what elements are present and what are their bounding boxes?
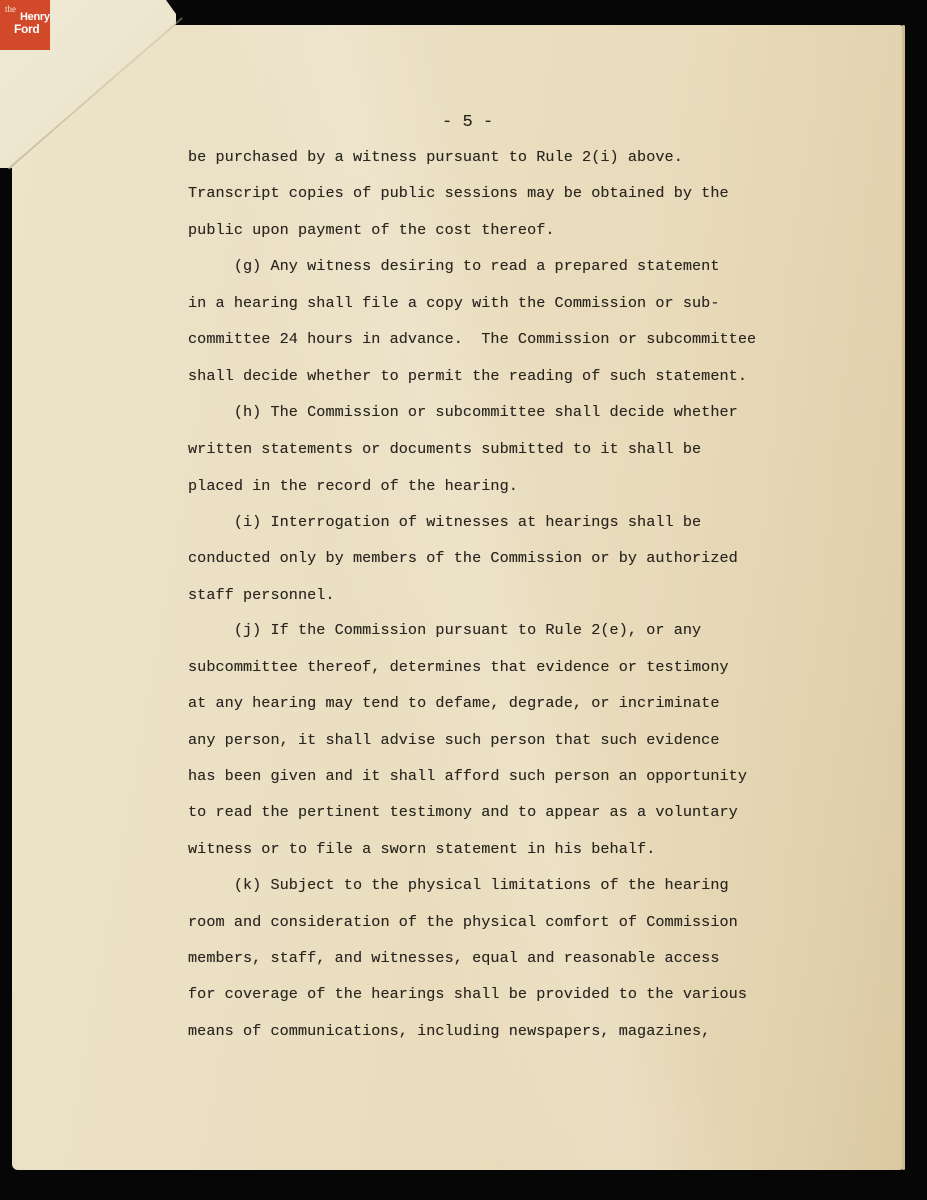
paragraph-j-start: (j) If the Commission pursuant to Rule 2… (188, 621, 701, 639)
text-line: has been given and it shall afford such … (188, 767, 747, 785)
text-line: shall decide whether to permit the readi… (188, 367, 747, 385)
paragraph-h-start: (h) The Commission or subcommittee shall… (188, 403, 738, 421)
text-line: public upon payment of the cost thereof. (188, 221, 555, 239)
text-line: placed in the record of the hearing. (188, 477, 518, 495)
text-line: staff personnel. (188, 586, 335, 604)
logo-text-ford: Ford (14, 23, 39, 35)
henry-ford-logo: the Henry Ford (0, 0, 50, 50)
text-line: Transcript copies of public sessions may… (188, 184, 729, 202)
text-line: members, staff, and witnesses, equal and… (188, 949, 720, 967)
paragraph-i-start: (i) Interrogation of witnesses at hearin… (188, 513, 701, 531)
logo-text-the: the (5, 5, 16, 14)
paragraph-g-start: (g) Any witness desiring to read a prepa… (188, 257, 720, 275)
text-line: witness or to file a sworn statement in … (188, 840, 655, 858)
text-line: conducted only by members of the Commiss… (188, 549, 738, 567)
page-edge (902, 25, 905, 1170)
paragraph-k-start: (k) Subject to the physical limitations … (188, 876, 729, 894)
text-line: any person, it shall advise such person … (188, 731, 720, 749)
text-line: for coverage of the hearings shall be pr… (188, 985, 747, 1003)
text-line: means of communications, including newsp… (188, 1022, 710, 1040)
text-line: at any hearing may tend to defame, degra… (188, 694, 720, 712)
text-line: subcommittee thereof, determines that ev… (188, 658, 729, 676)
text-line: in a hearing shall file a copy with the … (188, 294, 720, 312)
text-line: room and consideration of the physical c… (188, 913, 738, 931)
text-line: committee 24 hours in advance. The Commi… (188, 330, 756, 348)
page-number: - 5 - (442, 113, 493, 132)
text-line: to read the pertinent testimony and to a… (188, 803, 738, 821)
text-line: be purchased by a witness pursuant to Ru… (188, 148, 683, 166)
text-line: written statements or documents submitte… (188, 440, 701, 458)
